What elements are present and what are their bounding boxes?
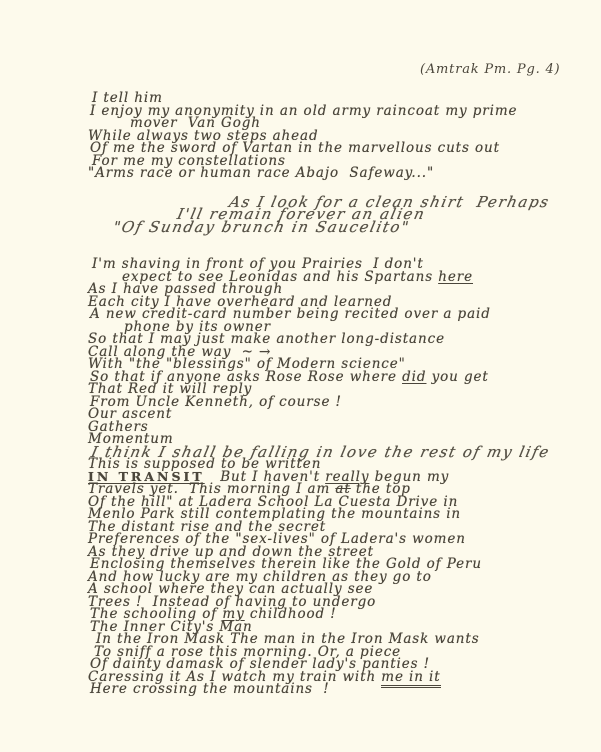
manuscript-page: (Amtrak Pm. Pg. 4) I tell himI enjoy my … (0, 0, 601, 752)
poem-line: I think I shall be falling in love the r… (90, 446, 591, 459)
underline-emphasis: here (438, 269, 473, 285)
poem-line: "Of Sunday brunch in Saucelito" (112, 221, 591, 234)
double-underline-emphasis: me in it (381, 669, 440, 688)
poem-line: "Arms race or human race Abajo Safeway..… (88, 167, 588, 180)
page-annotation: (Amtrak Pm. Pg. 4) (420, 62, 560, 77)
poem-line: Our ascent (88, 408, 588, 421)
underline-emphasis: did (402, 369, 426, 385)
poem: I tell himI enjoy my anonymity in an old… (88, 92, 588, 696)
